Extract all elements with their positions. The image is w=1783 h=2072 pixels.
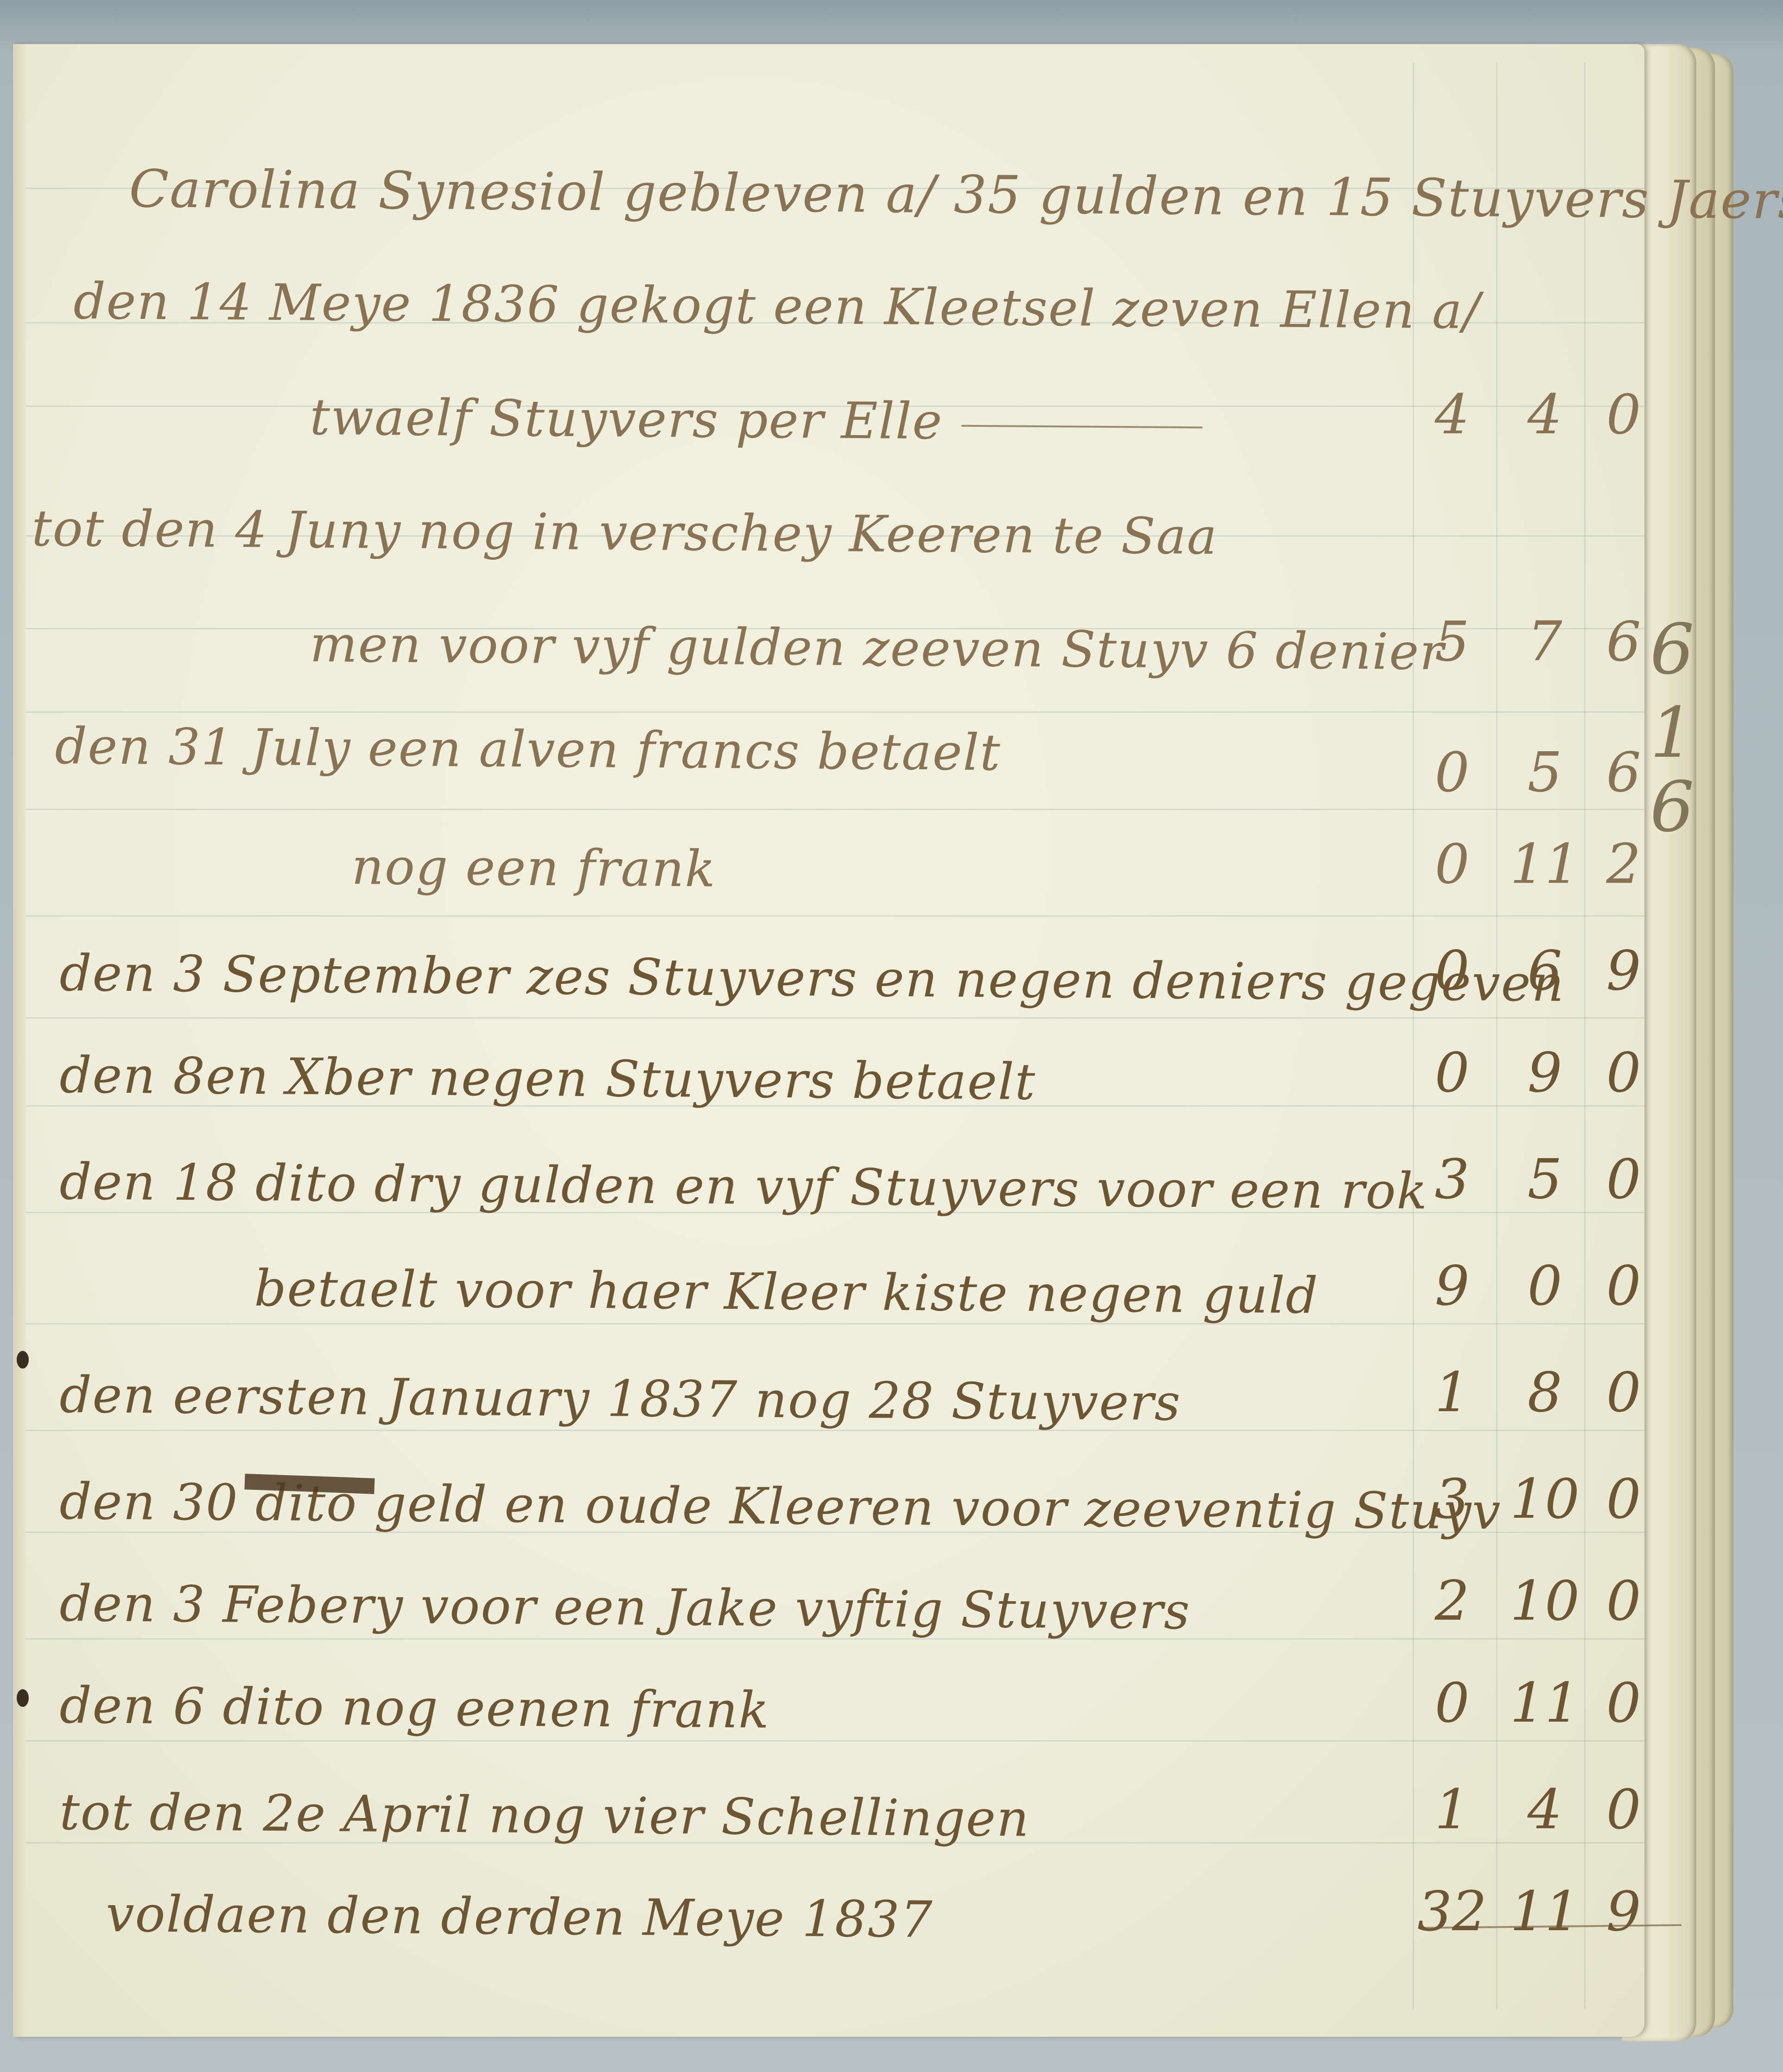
amount-deniers: 0 [1598, 382, 1649, 446]
ledger-row: den 31 July een alven francs betaelt 0 5… [13, 693, 1644, 786]
amount-deniers: 2 [1598, 832, 1649, 896]
entry-text: den eersten January 1837 nog 28 Stuyvers [59, 1366, 1181, 1432]
amount-deniers: 0 [1598, 1671, 1649, 1735]
ledger-row: den 18 dito dry gulden en vyf Stuyvers v… [13, 1128, 1644, 1221]
book-page-stack: 6 1 6 Carolina Synesiol gebleven a/ 35 g… [0, 44, 1752, 2046]
amount-stuyvers: 10 [1510, 1569, 1580, 1633]
ledger-header: Carolina Synesiol gebleven a/ 35 gulden … [13, 137, 1644, 229]
amount-gulden: 0 [1417, 832, 1487, 896]
amount-deniers: 0 [1598, 1147, 1649, 1211]
amount-gulden: 4 [1417, 382, 1487, 446]
entry-text: den 6 dito nog eenen frank [59, 1677, 770, 1740]
total-deniers: 9 [1598, 1879, 1649, 1943]
amount-stuyvers: 9 [1510, 1040, 1580, 1104]
ledger-row: den 30 dito geld en oude Kleeren voor ze… [13, 1448, 1644, 1541]
amount-stuyvers: 4 [1510, 382, 1580, 446]
ledger-row: den 8en Xber negen Stuyvers betaelt 0 9 … [13, 1022, 1644, 1115]
amount-deniers: 0 [1598, 1360, 1649, 1424]
amount-gulden: 0 [1417, 1671, 1487, 1735]
ledger-row: twaelf Stuyvers per Elle 4 4 0 [13, 364, 1644, 456]
ledger-footer: voldaen den derden Meye 1837 32 11 9 [13, 1861, 1644, 1953]
ledger-row: den 3 Febery voor een Jake vyftig Stuyve… [13, 1550, 1644, 1643]
amount-deniers: 0 [1598, 1777, 1649, 1841]
ledger-row: den 14 Meye 1836 gekogt een Kleetsel zev… [13, 248, 1644, 341]
amount-deniers: 0 [1598, 1467, 1649, 1531]
amount-stuyvers: 4 [1510, 1777, 1580, 1841]
ledger-row: nog een frank 0 11 2 [13, 813, 1644, 906]
amount-gulden: 3 [1417, 1467, 1487, 1531]
ledger-row: den 6 dito nog eenen frank 0 11 0 [13, 1652, 1644, 1745]
amount-stuyvers: 11 [1510, 832, 1580, 896]
entry-text: betaelt voor haer Kleer kiste negen guld [254, 1260, 1319, 1325]
amount-stuyvers: 11 [1510, 1671, 1580, 1735]
amount-deniers: 0 [1598, 1254, 1649, 1318]
entry-text: den 18 dito dry gulden en vyf Stuyvers v… [59, 1153, 1428, 1221]
entry-text: den 3 September zes Stuyvers en negen de… [59, 944, 1565, 1013]
entry-text: tot den 2e April nog vier Schellingen [59, 1783, 1030, 1848]
ledger-row: betaelt voor haer Kleer kiste negen guld… [13, 1235, 1644, 1328]
entry-text: men voor vyf gulden zeeven Stuyv 6 denie… [310, 615, 1445, 681]
amount-deniers: 6 [1598, 740, 1649, 804]
ledger-row: tot den 4 Juny nog in verschey Keeren te… [13, 475, 1644, 568]
amount-stuyvers: 5 [1510, 740, 1580, 804]
ledger-row: den 3 September zes Stuyvers en negen de… [13, 920, 1644, 1013]
settled-note: voldaen den derden Meye 1837 [106, 1885, 933, 1949]
entry-text: den 3 Febery voor een Jake vyftig Stuyve… [59, 1575, 1191, 1641]
amount-stuyvers: 5 [1510, 1147, 1580, 1211]
amount-gulden: 2 [1417, 1569, 1487, 1633]
amount-deniers: 0 [1598, 1040, 1649, 1104]
entry-text: twaelf Stuyvers per Elle [310, 388, 1203, 452]
amount-stuyvers: 6 [1510, 938, 1580, 1002]
fill-line [961, 425, 1202, 428]
amount-gulden: 5 [1417, 609, 1487, 673]
ledger-row: men voor vyf gulden zeeven Stuyv 6 denie… [13, 591, 1644, 684]
amount-deniers: 9 [1598, 938, 1649, 1002]
entry-text: tot den 4 Juny nog in verschey Keeren te… [32, 500, 1218, 566]
amount-gulden: 3 [1417, 1147, 1487, 1211]
amount-deniers: 6 [1598, 609, 1649, 673]
next-page-margin-digit: 1 [1650, 693, 1694, 773]
next-page-margin-digit: 6 [1650, 767, 1694, 848]
amount-stuyvers: 10 [1510, 1467, 1580, 1531]
amount-stuyvers: 7 [1510, 609, 1580, 673]
next-page-margin-digit: 6 [1650, 609, 1694, 690]
total-gulden: 32 [1417, 1879, 1487, 1943]
ledger-row: den eersten January 1837 nog 28 Stuyvers… [13, 1342, 1644, 1434]
ledger-page: Carolina Synesiol gebleven a/ 35 gulden … [13, 44, 1644, 2037]
amount-gulden: 0 [1417, 1040, 1487, 1104]
amount-stuyvers: 0 [1510, 1254, 1580, 1318]
amount-deniers: 0 [1598, 1569, 1649, 1633]
header-text: Carolina Synesiol gebleven a/ 35 gulden … [129, 159, 1783, 231]
amount-stuyvers: 8 [1510, 1360, 1580, 1424]
entry-text: den 14 Meye 1836 gekogt een Kleetsel zev… [73, 272, 1481, 340]
amount-gulden: 1 [1417, 1777, 1487, 1841]
entry-text: nog een frank [351, 838, 717, 898]
entry-text: den 8en Xber negen Stuyvers betaelt [59, 1046, 1036, 1111]
ledger-row: tot den 2e April nog vier Schellingen 1 … [13, 1759, 1644, 1851]
amount-gulden: 1 [1417, 1360, 1487, 1424]
entry-text: den 31 July een alven francs betaelt [55, 717, 1001, 782]
amount-gulden: 0 [1417, 938, 1487, 1002]
amount-gulden: 0 [1417, 740, 1487, 804]
total-stuyvers: 11 [1510, 1879, 1580, 1943]
amount-gulden: 9 [1417, 1254, 1487, 1318]
